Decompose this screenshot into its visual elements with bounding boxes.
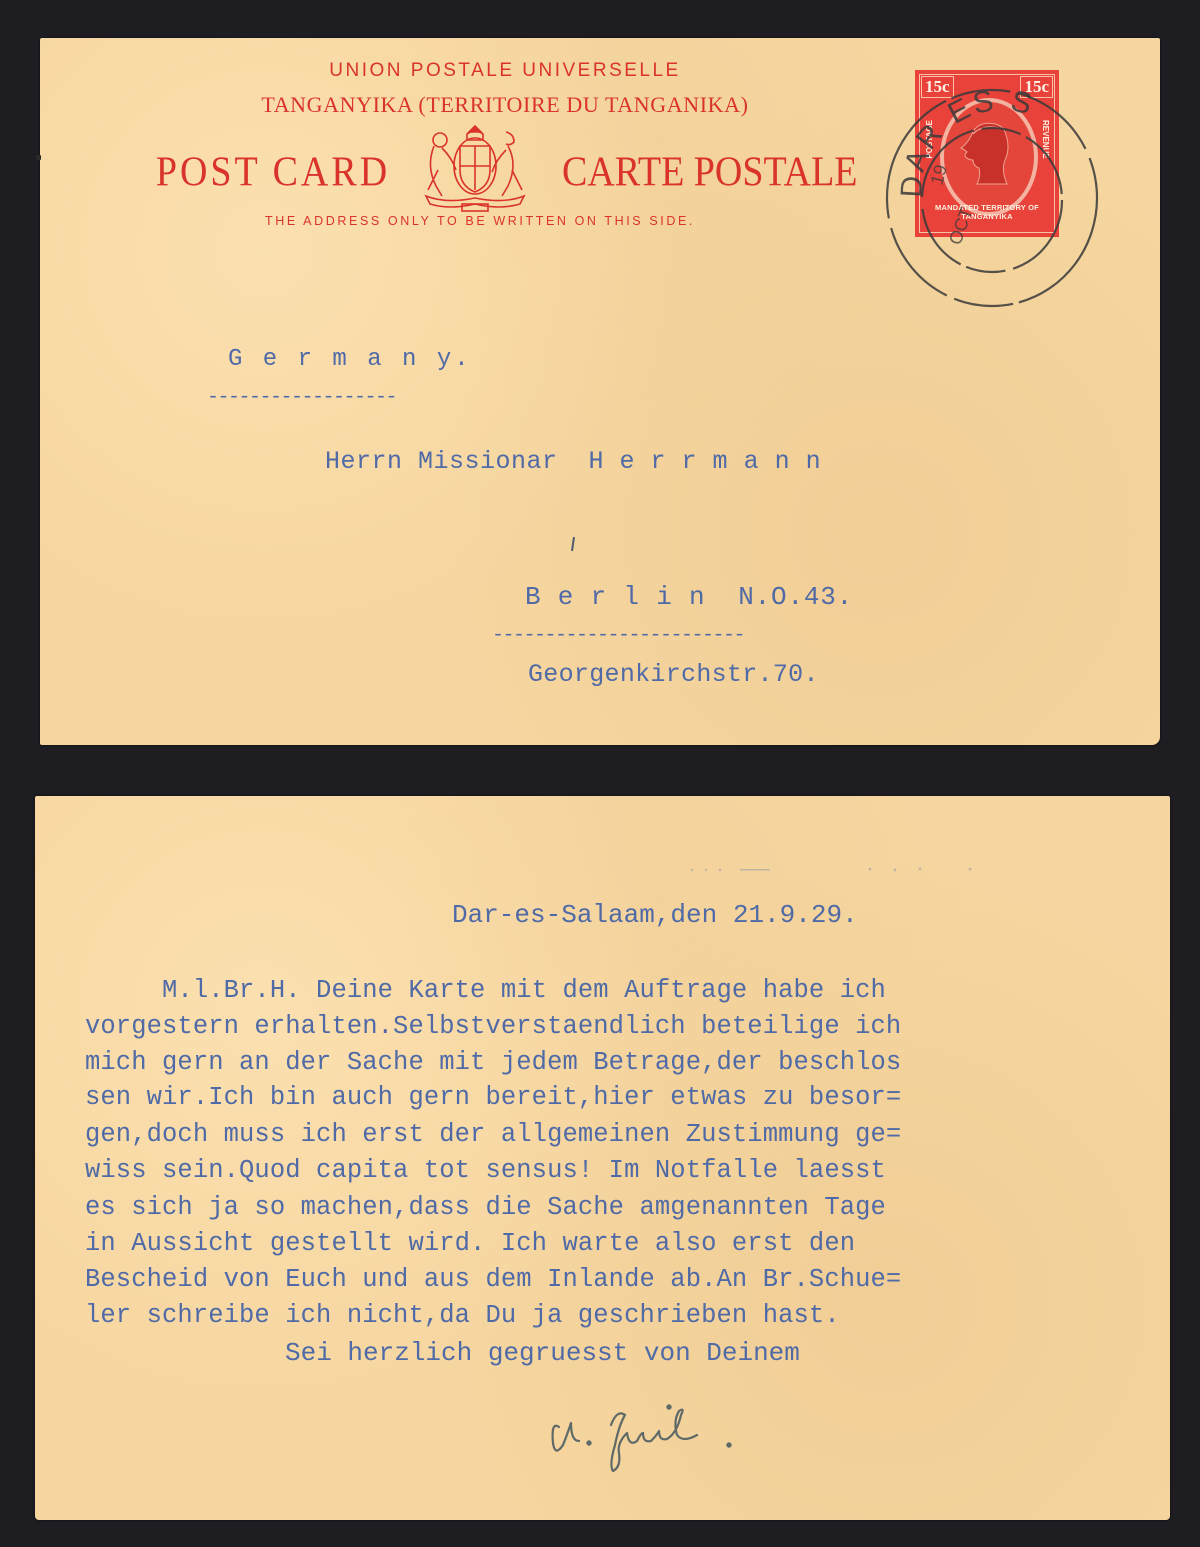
letter-line: ler schreibe ich nicht,da Du ja geschrie… bbox=[85, 1301, 840, 1330]
union-postale-heading: UNION POSTALE UNIVERSELLE bbox=[265, 60, 745, 82]
letter-line: wiss sein.Quod capita tot sensus! Im Not… bbox=[85, 1156, 886, 1185]
address-country: G e r m a n y. bbox=[228, 346, 472, 373]
country-underline: ------------------ bbox=[207, 386, 396, 409]
city-underline: ------------------------ bbox=[492, 624, 744, 647]
letter-date-line: Dar-es-Salaam,den 21.9.29. bbox=[452, 900, 858, 930]
letter-line: sen wir.Ich bin auch gern bereit,hier et… bbox=[85, 1083, 901, 1112]
letter-closing: Sei herzlich gegruesst von Deinem bbox=[285, 1338, 800, 1368]
svg-text:OCT: OCT bbox=[945, 205, 977, 248]
faint-offset-marks bbox=[680, 866, 980, 874]
address-instruction: THE ADDRESS ONLY TO BE WRITTEN ON THIS S… bbox=[200, 214, 760, 228]
letter-line: gen,doch muss ich erst der allgemeinen Z… bbox=[85, 1120, 901, 1149]
svg-text:DAR ES S: DAR ES S bbox=[895, 84, 1038, 199]
postmark-text: DAR ES S bbox=[895, 84, 1038, 199]
edge-ink-mark bbox=[36, 155, 41, 160]
letter-line: mich gern an der Sache mit jedem Betrage… bbox=[85, 1048, 901, 1077]
territory-heading: TANGANYIKA (TERRITOIRE DU TANGANIKA) bbox=[150, 92, 860, 118]
handwritten-signature: A. Luil. bbox=[545, 1385, 795, 1475]
letter-line: in Aussicht gestellt wird. Ich warte als… bbox=[85, 1229, 855, 1258]
postmark-cancellation-icon: DAR ES S 19 OCT bbox=[882, 78, 1122, 318]
post-card-title: POST CARD bbox=[138, 147, 408, 196]
letter-line: Bescheid von Euch und aus dem Inlande ab… bbox=[85, 1265, 901, 1294]
royal-coat-of-arms-icon bbox=[420, 122, 530, 214]
letter-line: es sich ja so machen,dass die Sache amge… bbox=[85, 1193, 886, 1222]
carte-postale-title: CARTE POSTALE bbox=[562, 147, 837, 196]
letter-line: vorgestern erhalten.Selbstverstaendlich … bbox=[85, 1012, 901, 1041]
address-city: B e r l i n N.O.43. bbox=[525, 582, 853, 612]
address-street: Georgenkirchstr.70. bbox=[528, 660, 819, 689]
address-recipient: Herrn Missionar H e r r m a n n bbox=[325, 447, 821, 476]
svg-text:19: 19 bbox=[927, 163, 952, 188]
letter-line: M.l.Br.H. Deine Karte mit dem Auftrage h… bbox=[85, 976, 886, 1005]
